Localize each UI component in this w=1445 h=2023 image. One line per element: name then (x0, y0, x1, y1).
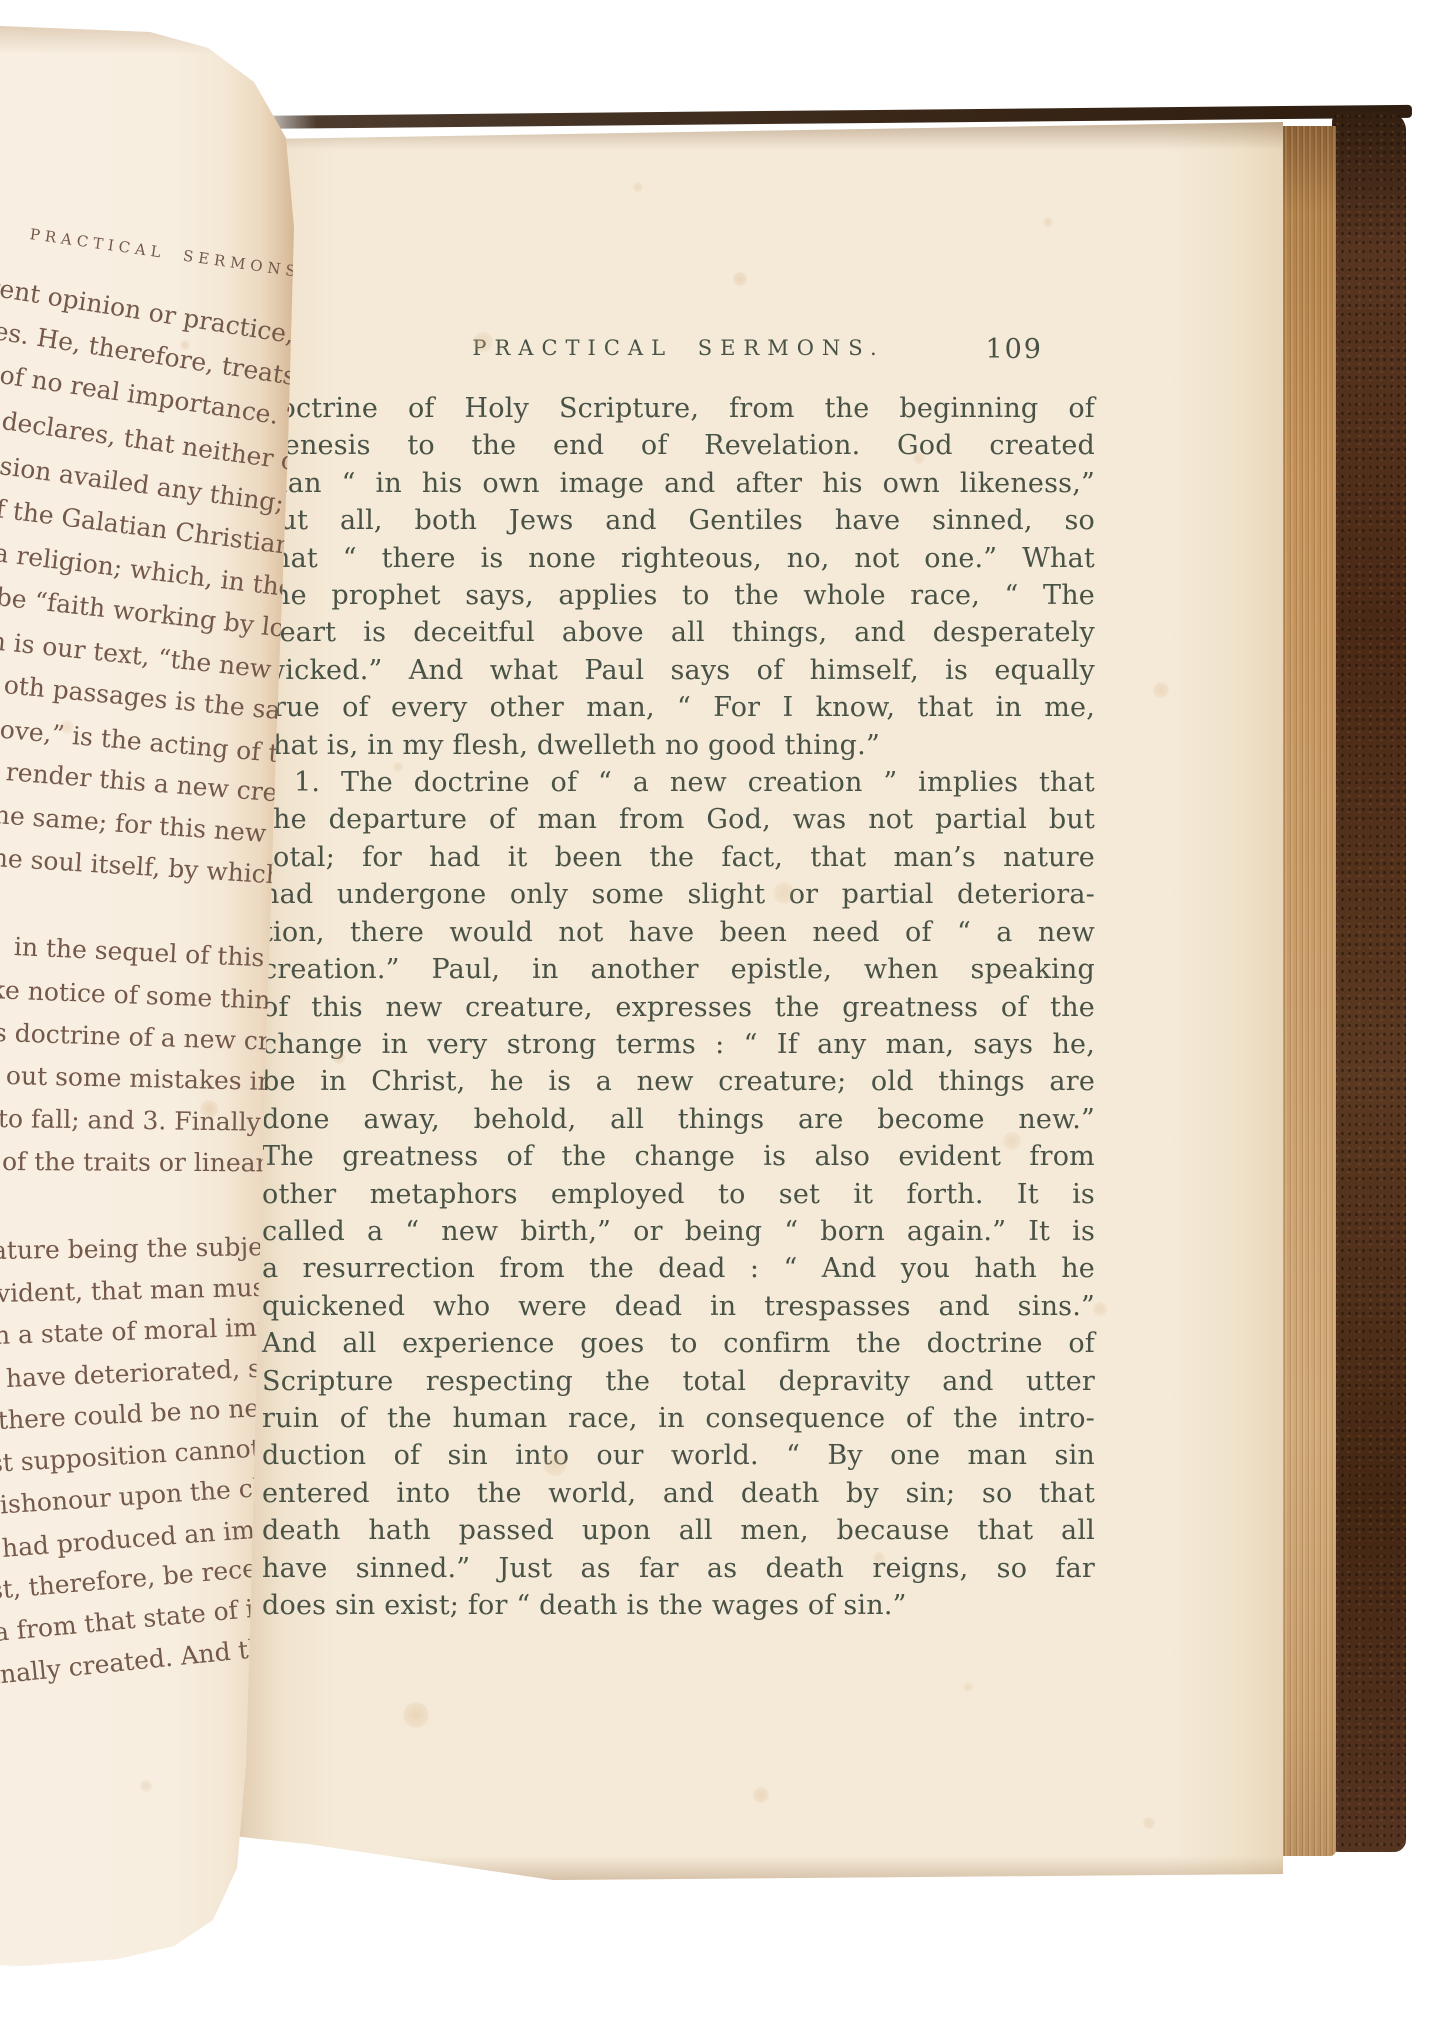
text-line: death hath passed upon all men, because … (262, 1512, 1095, 1549)
foxing-spot (633, 182, 643, 192)
right-page: PRACTICAL SERMONS. 109 doctrine of Holy … (213, 122, 1283, 1880)
text-line: heart is deceitful above all things, and… (262, 614, 1095, 651)
left-text-line: there could be no need of a n (0, 1388, 300, 1435)
text-line: Genesis to the end of Revelation. God cr… (262, 427, 1095, 464)
foxing-spot (403, 1702, 429, 1728)
text-line: total; for had it been the fact, that ma… (262, 839, 1095, 876)
text-line: man “ in his own image and after his own… (262, 465, 1095, 502)
text-line: ruin of the human race, in consequence o… (262, 1400, 1095, 1437)
left-text-line: out some mistakes into whic (6, 1061, 300, 1098)
text-line: have sinned.” Just as far as death reign… (262, 1550, 1095, 1587)
left-text-line: ne soul itself, by which it becom (0, 843, 300, 897)
text-line: the departure of man from God, was not p… (262, 801, 1095, 838)
left-text-line: have deteriorated, since h (5, 1351, 300, 1393)
page-text: doctrine of Holy Scripture, from the beg… (262, 390, 1095, 1624)
left-text-line: ke notice of some things whic (0, 975, 300, 1018)
foxing-spot (140, 1780, 152, 1792)
text-line: duction of sin into our world. “ By one … (262, 1437, 1095, 1474)
text-line: true of every other man, “ For I know, t… (262, 689, 1095, 726)
left-text-line: n a state of moral imperfecti (0, 1310, 300, 1350)
text-line: Scripture respecting the total depravity… (262, 1363, 1095, 1400)
foxing-spot (963, 1682, 973, 1692)
text-line: entered into the world, and death by sin… (262, 1475, 1095, 1512)
text-line: done away, behold, all things are become… (262, 1101, 1095, 1138)
running-header-row: PRACTICAL SERMONS. 109 (262, 336, 1095, 370)
left-text-line: vident, that man must have (0, 1271, 300, 1308)
page-fore-edge (1278, 126, 1336, 1856)
left-text-line: of the traits or lineaments o (2, 1147, 300, 1178)
text-line: that is, in my flesh, dwelleth no good t… (262, 727, 1095, 764)
left-text-line: s doctrine of a new creation: 2 (0, 1018, 300, 1059)
text-line: wicked.” And what Paul says of himself, … (262, 652, 1095, 689)
foxing-spot (733, 272, 747, 286)
leather-cover (1332, 112, 1406, 1852)
left-text-line: to fall; and 3. Finally endeav (0, 1104, 300, 1138)
left-text-line: ature being the subject of this (0, 1231, 300, 1265)
text-line: had undergone only some slight or partia… (262, 876, 1095, 913)
left-running-header: PRACTICAL SERMONS. (29, 225, 300, 282)
text-line: creation.” Paul, in another epistle, whe… (262, 951, 1095, 988)
text-line: 1. The doctrine of “ a new creation ” im… (262, 764, 1095, 801)
foxing-spot (1153, 682, 1169, 698)
foxing-spot (1143, 1817, 1155, 1829)
text-line: does sin exist; for “ death is the wages… (262, 1587, 1095, 1624)
text-line: And all experience goes to confirm the d… (262, 1325, 1095, 1362)
text-line: of this new creature, expresses the grea… (262, 989, 1095, 1026)
text-line: change in very strong terms : “ If any m… (262, 1026, 1095, 1063)
foxing-spot (753, 1787, 769, 1803)
text-line: other metaphors employed to set it forth… (262, 1176, 1095, 1213)
text-line: The greatness of the change is also evid… (262, 1138, 1095, 1175)
running-header: PRACTICAL SERMONS. (472, 336, 884, 360)
text-line: but all, both Jews and Gentiles have sin… (262, 502, 1095, 539)
text-line: tion, there would not have been need of … (262, 914, 1095, 951)
text-line: quickened who were dead in trespasses an… (262, 1288, 1095, 1325)
book-photo: PRACTICAL SERMONS. 109 doctrine of Holy … (0, 0, 1445, 2023)
foxing-spot (1043, 217, 1053, 227)
page-number: 109 (985, 334, 1043, 365)
text-line: doctrine of Holy Scripture, from the beg… (262, 390, 1095, 427)
foxing-spot (1093, 1302, 1107, 1316)
text-line: called a “ new birth,” or being “ born a… (262, 1213, 1095, 1250)
text-line: a resurrection from the dead : “ And you… (262, 1250, 1095, 1287)
text-line: that “ there is none righteous, no, not … (262, 540, 1095, 577)
left-text-line: in the sequel of this discours (13, 932, 300, 978)
text-line: be in Christ, he is a new creature; old … (262, 1063, 1095, 1100)
text-line: the prophet says, applies to the whole r… (262, 577, 1095, 614)
